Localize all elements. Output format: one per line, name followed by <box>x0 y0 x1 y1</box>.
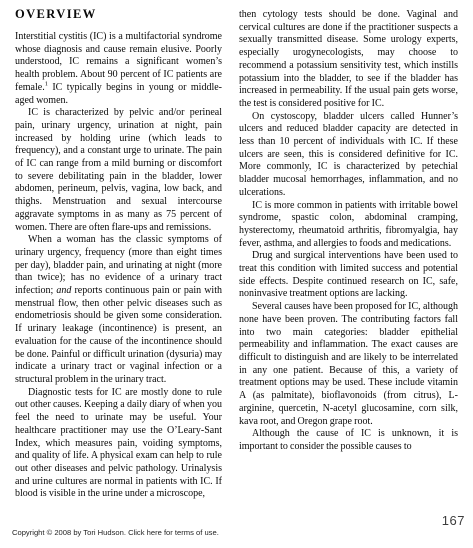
copyright-line: Copyright © 2008 by Tori Hudson. Click h… <box>12 528 219 537</box>
book-page: OVERVIEW Interstitial cystitis (IC) is a… <box>0 0 473 548</box>
section-heading: OVERVIEW <box>15 7 222 22</box>
right-column: then cytology tests should be done. Vagi… <box>239 9 458 454</box>
paragraph-proposed-causes: Several causes have been proposed for IC… <box>239 301 458 428</box>
paragraph-symptoms: IC is characterized by pelvic and/or per… <box>15 107 222 234</box>
paragraph-classic-symptoms-text-cont: reports continuous pain or pain with men… <box>15 285 222 385</box>
terms-of-use-link[interactable]: Click here <box>128 528 162 537</box>
page-number: 167 <box>442 513 465 528</box>
left-column: OVERVIEW Interstitial cystitis (IC) is a… <box>15 7 222 501</box>
paragraph-closing: Although the cause of IC is unknown, it … <box>239 428 458 453</box>
paragraph-classic-symptoms: When a woman has the classic symptoms of… <box>15 234 222 386</box>
paragraph-intro: Interstitial cystitis (IC) is a multifac… <box>15 31 222 107</box>
paragraph-interventions: Drug and surgical interventions have bee… <box>239 250 458 301</box>
paragraph-diagnostic-tests: Diagnostic tests for IC are mostly done … <box>15 387 222 501</box>
emphasized-and: and <box>56 285 71 296</box>
paragraph-comorbidities: IC is more common in patients with irrit… <box>239 200 458 251</box>
copyright-text-suffix: for terms of use. <box>162 528 219 537</box>
paragraph-cystoscopy: On cystoscopy, bladder ulcers called Hun… <box>239 111 458 200</box>
copyright-text: Copyright © 2008 by Tori Hudson. <box>12 528 128 537</box>
paragraph-diagnostic-tests-continued: then cytology tests should be done. Vagi… <box>239 9 458 111</box>
